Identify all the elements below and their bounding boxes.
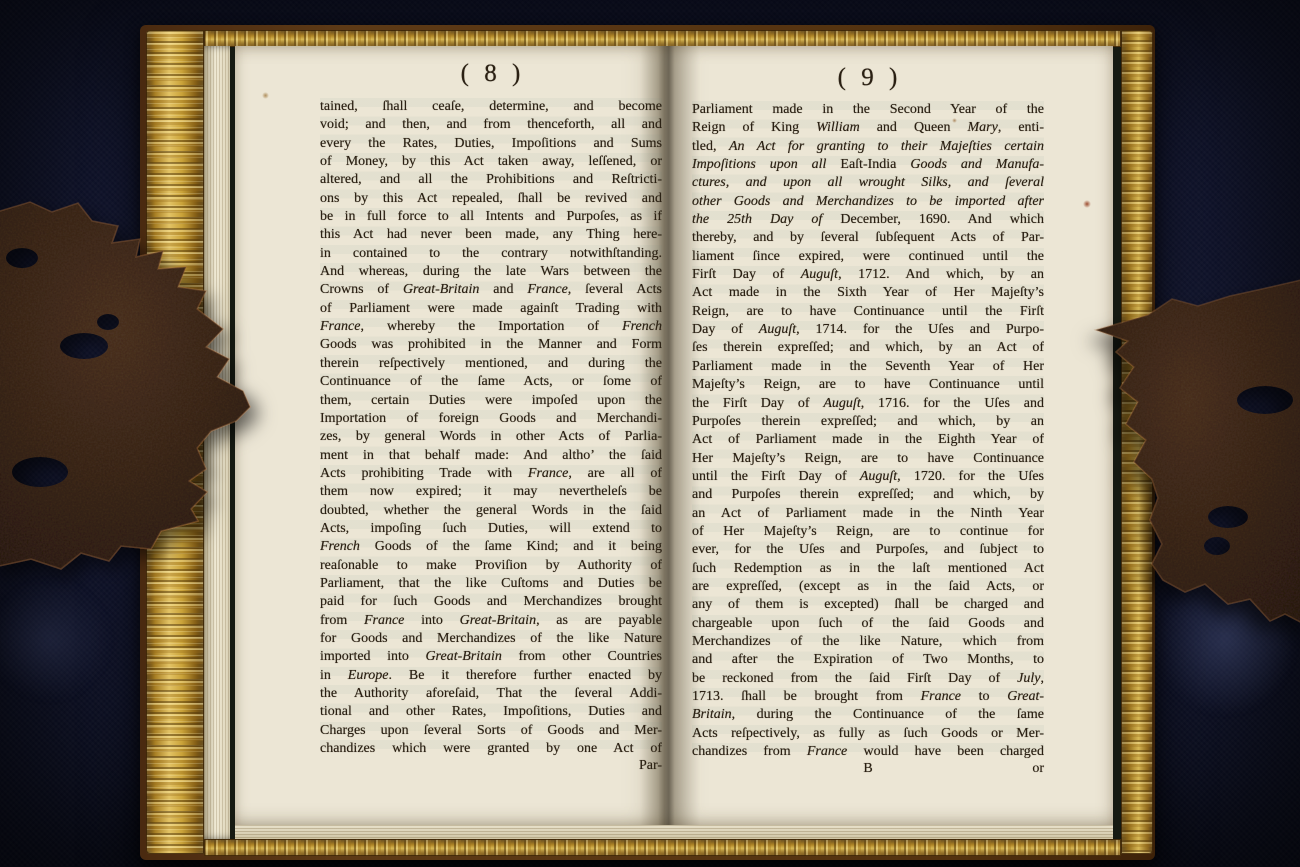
text-line: and after the Expiration of Two Months, … xyxy=(692,651,1044,669)
text-line: the 25th Day of December, 1690. And whic… xyxy=(692,211,1044,229)
text-line: every the Rates, Duties, Impoſitions and… xyxy=(320,135,662,153)
text-line: Importation of foreign Goods and Merchan… xyxy=(320,410,662,428)
open-book: ( 8 ) tained, ſhall ceaſe, determine, an… xyxy=(140,25,1155,860)
text-line: altered, and all the Prohibitions and Re… xyxy=(320,171,662,189)
text-line: Act of Parliament made in the Eighth Yea… xyxy=(692,431,1044,449)
text-line: tled, An Act for granting to their Majeſ… xyxy=(692,138,1044,156)
text-line: doubted, whether the general Words in th… xyxy=(320,502,662,520)
text-line: them now expired; it may nevertheleſs be xyxy=(320,483,662,501)
text-line: Acts, impoſing ſuch Duties, will extend … xyxy=(320,520,662,538)
text-line: ons by this Act repealed, ſhall be reviv… xyxy=(320,190,662,208)
text-line: ever, for the Uſes and Purpoſes, and ſub… xyxy=(692,541,1044,559)
text-line: and Purpoſes therein expreſſed; and whic… xyxy=(692,486,1044,504)
text-line: France, whereby the Importation of Frenc… xyxy=(320,318,662,336)
text-line: Charges upon ſeveral Sorts of Goods and … xyxy=(320,722,662,740)
text-line: of Money, by this Act taken away, leſſen… xyxy=(320,153,662,171)
text-line: Reign, are to have Continuance until the… xyxy=(692,303,1044,321)
text-line: ment in that behalf made: And altho’ the… xyxy=(320,447,662,465)
text-line: Acts prohibiting Trade with France, are … xyxy=(320,465,662,483)
text-line: Reign of King William and Queen Mary, en… xyxy=(692,119,1044,137)
page-number-right: ( 9 ) xyxy=(692,64,1044,92)
page-fore-edge xyxy=(204,46,230,839)
text-line: therein reſpectively mentioned, and duri… xyxy=(320,355,662,373)
signature-line: B or xyxy=(692,761,1044,779)
text-line: other Goods and Merchandizes to be impor… xyxy=(692,193,1044,211)
text-line: in contained to the contrary notwithſtan… xyxy=(320,245,662,263)
text-line: And whereas, during the late Wars betwee… xyxy=(320,263,662,281)
text-line: zes, by general Words in other Acts of P… xyxy=(320,428,662,446)
text-line: reaſonable to make Proviſion by Authorit… xyxy=(320,557,662,575)
text-line: French Goods of the ſame Kind; and it be… xyxy=(320,538,662,556)
text-block-right: Parliament made in the Second Year of th… xyxy=(692,101,1044,761)
photo-stage: ( 8 ) tained, ſhall ceaſe, determine, an… xyxy=(0,0,1300,867)
text-line: Acts reſpectively, as fully as ſuch Good… xyxy=(692,725,1044,743)
text-line: Majeſty’s Reign, are to have Continuance… xyxy=(692,376,1044,394)
text-line: tained, ſhall ceaſe, determine, and beco… xyxy=(320,98,662,116)
text-line: in Europe. Be it therefore further enact… xyxy=(320,667,662,685)
text-line: of Her Majeſty’s Reign, are to continue … xyxy=(692,523,1044,541)
gilt-border-bottom xyxy=(204,839,1121,856)
page-right: ( 9 ) Parliament made in the Second Year… xyxy=(665,46,1113,825)
text-line: liament ſince expired, were continued un… xyxy=(692,248,1044,266)
text-line: chandizes from France would have been ch… xyxy=(692,743,1044,761)
text-line: Impoſitions upon all Eaſt-India Goods an… xyxy=(692,156,1044,174)
text-line: Crowns of Great-Britain and France, ſeve… xyxy=(320,281,662,299)
text-line: chandizes which were granted by one Act … xyxy=(320,740,662,758)
text-line: ſuch Redemption as in the laſt mentioned… xyxy=(692,560,1044,578)
text-line: Parliament made in the Seventh Year of H… xyxy=(692,358,1044,376)
signature-mark: B xyxy=(692,761,1044,777)
text-line: Merchandizes of the like Nature, which f… xyxy=(692,633,1044,651)
text-line: ctures, and upon all wrought Silks, and … xyxy=(692,174,1044,192)
text-line: paid for ſuch Goods and Merchandizes bro… xyxy=(320,593,662,611)
text-line: them, certain Duties were impoſed upon t… xyxy=(320,392,662,410)
gilt-border-top xyxy=(204,30,1121,47)
text-line: an Act of Parliament made in the Ninth Y… xyxy=(692,505,1044,523)
text-line: this Act had never been made, any Thing … xyxy=(320,226,662,244)
text-line: the Authority aforeſaid, That the ſevera… xyxy=(320,685,662,703)
text-line: Act made in the Sixth Year of Her Majeſt… xyxy=(692,284,1044,302)
text-line: Parliament, that the like Cuſtoms and Du… xyxy=(320,575,662,593)
text-line: for Goods and Merchandizes of the like N… xyxy=(320,630,662,648)
text-line: be reckoned from the ſaid Firſt Day of J… xyxy=(692,670,1044,688)
text-line: any of them is excepted) ſhall be charge… xyxy=(692,596,1044,614)
text-line: 1713. ſhall be brought from France to Gr… xyxy=(692,688,1044,706)
text-line: Her Majeſty’s Reign, are to have Continu… xyxy=(692,450,1044,468)
text-line: tional and other Rates, Impoſitions, Dut… xyxy=(320,703,662,721)
page-bottom-edge xyxy=(235,825,1113,839)
text-line: Purpoſes therein expreſſed; and which, b… xyxy=(692,413,1044,431)
catchword-right: or xyxy=(1032,761,1044,777)
text-line: void; and then, and from thenceforth, al… xyxy=(320,116,662,134)
text-line: Firſt Day of Auguſt, 1712. And which, by… xyxy=(692,266,1044,284)
text-line: imported into Great-Britain from other C… xyxy=(320,648,662,666)
text-line: Day of Auguſt, 1714. for the Uſes and Pu… xyxy=(692,321,1044,339)
text-line: the Firſt Day of Auguſt, 1716. for the U… xyxy=(692,395,1044,413)
text-line: chargeable upon ſuch of the ſaid Goods a… xyxy=(692,615,1044,633)
text-line: Goods was prohibited in the Manner and F… xyxy=(320,336,662,354)
gilt-border-left xyxy=(146,30,204,854)
text-line: of Parliament were made againſt Trading … xyxy=(320,300,662,318)
text-line: be in full force to all Intents and Purp… xyxy=(320,208,662,226)
text-line: Britain, during the Continuance of the ſ… xyxy=(692,706,1044,724)
text-block-left: tained, ſhall ceaſe, determine, and beco… xyxy=(320,98,662,758)
gilt-border-right xyxy=(1121,30,1153,854)
page-number-left: ( 8 ) xyxy=(320,60,662,88)
text-line: are expreſſed, (except as in the ſaid Ac… xyxy=(692,578,1044,596)
text-line: ſes therein expreſſed; and which, by an … xyxy=(692,339,1044,357)
text-line: Continuance of the ſame Acts, or ſome of xyxy=(320,373,662,391)
text-line: from France into Great-Britain, as are p… xyxy=(320,612,662,630)
text-line: Parliament made in the Second Year of th… xyxy=(692,101,1044,119)
catchword-left: Par- xyxy=(320,758,662,774)
text-line: until the Firſt Day of Auguſt, 1720. for… xyxy=(692,468,1044,486)
page-left: ( 8 ) tained, ſhall ceaſe, determine, an… xyxy=(235,46,665,825)
text-line: thereby, and by ſeveral ſubſequent Acts … xyxy=(692,229,1044,247)
